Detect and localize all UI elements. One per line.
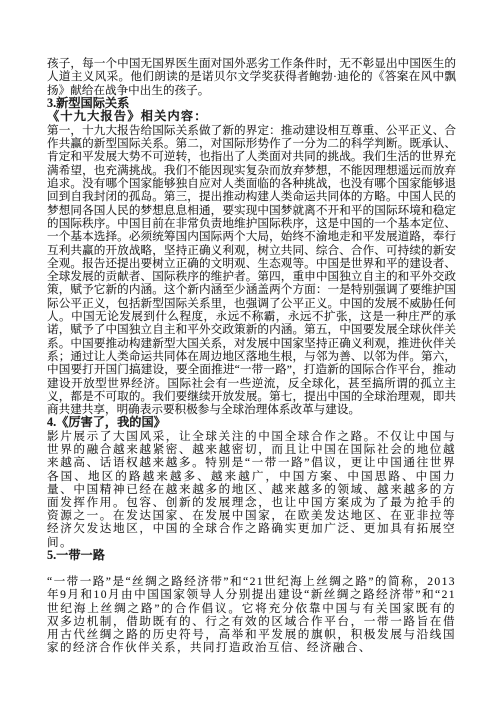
paragraph-report-content: 第一，十九大报告给国际关系做了新的界定：推动建设相互尊重、公平正义、合作共赢的新… xyxy=(47,124,456,417)
section-heading-belt-and-road: 5.一带一路 xyxy=(47,549,456,563)
subsection-heading-19th-congress-report: 《十九大报告》相关内容： xyxy=(47,110,456,124)
document-content: 孩子，每一个中国无国界医生面对国外恶劣工作条件时，无不彰显出中国医生的人道主义风… xyxy=(47,57,456,654)
section-heading-amazing-china: 4.《厉害了，我的国》 xyxy=(47,416,456,430)
blank-line-spacer xyxy=(47,562,456,575)
document-page: 孩子，每一个中国无国界医生面对国外恶劣工作条件时，无不彰显出中国医生的人道主义风… xyxy=(0,0,500,707)
paragraph-amazing-china: 影片展示了大国风采，让全球关注的中国全球合作之路。不仅让中国与世界的融合越来越紧… xyxy=(47,430,456,549)
paragraph-doctors-continued: 孩子，每一个中国无国界医生面对国外恶劣工作条件时，无不彰显出中国医生的人道主义风… xyxy=(47,57,456,97)
paragraph-belt-and-road: “一带一路”是“丝绸之路经济带”和“21世纪海上丝绸之路”的简称，2013年9月… xyxy=(47,575,456,654)
